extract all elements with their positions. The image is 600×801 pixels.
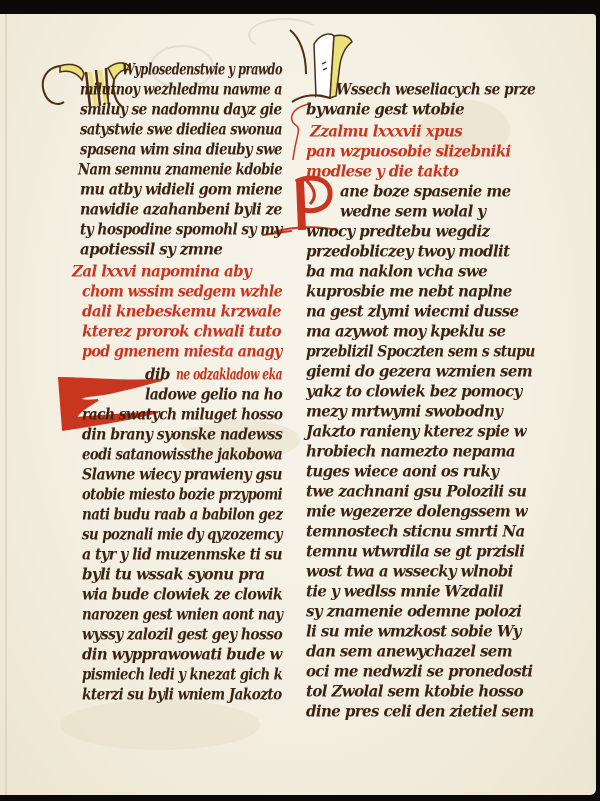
text-line: mezy mrtwymi swobodny (306, 402, 502, 421)
rubric-line: Zzalmu lxxxvii xpus (310, 122, 462, 141)
text-line: mie wgezerze dolengssem w (306, 502, 527, 521)
text-line: milutnoy wezhledmu nawme a (80, 80, 282, 99)
text-line: rach swatych miluget hosso (82, 405, 282, 424)
text-line: Jakzto ranieny kterez spie w (306, 422, 526, 441)
text-line: wedne sem wolal y (340, 202, 485, 221)
text-line: przedobliczey twoy modlit (306, 242, 509, 261)
text-line: ladowe gelio na ho (145, 385, 282, 404)
rubric-line: dali knebeskemu krzwale (82, 302, 281, 321)
text-line: mu atby widieli gom miene (80, 180, 282, 199)
text-line: dine pres celi den zietiel sem (306, 702, 534, 721)
text-line: temnostech sticnu smrti Na (306, 522, 525, 541)
rubric-line: modlese y die takto (306, 162, 458, 181)
rubric-line: ne odzakladow eka (176, 365, 282, 384)
text-line: Wssech weseliacych se prze (336, 80, 535, 99)
text-line: satystwie swe diediea swonua (80, 120, 282, 139)
rubric-line: kterez prorok chwali tuto (82, 322, 281, 341)
text-line: spasena wim sina dieuby swe (80, 140, 282, 159)
binding-gutter (5, 14, 7, 795)
text-line: din brany syonske nadewss (82, 425, 282, 444)
text-line: byli tu wssak syonu pra (82, 565, 265, 584)
text-line: wyssy zalozil gest gey hosso (82, 625, 282, 644)
rubric-line: pod gmenem miesta anagy (82, 342, 282, 361)
text-line: kuprosbie me nebt naplne (306, 282, 512, 301)
text-line: dib (145, 365, 170, 384)
text-line: pismiech ledi y knezat gich k (82, 665, 282, 684)
text-line: ty hospodine spomohl sy my (80, 220, 282, 239)
text-line: tol Zwolal sem ktobie hosso (306, 682, 523, 701)
text-line: wia bude clowiek ze clowik (82, 585, 282, 604)
text-line: ane boze spasenie me (340, 182, 511, 201)
text-line: nawidie azahanbeni byli ze (80, 200, 282, 219)
text-line: na gest zlymi wiecmi dusse (306, 302, 519, 321)
text-line: oci me nedwzli se pronedosti (306, 662, 533, 681)
text-line: otobie miesto bozie przypomi (82, 485, 282, 504)
text-line: tie y wedlss mnie Wzdalil (306, 582, 503, 601)
text-line: din wypprawowati bude w (82, 645, 282, 664)
rubric-line: Zal lxxvi napomina aby (72, 262, 251, 281)
text-line: sy znamenie odemne polozi (306, 602, 521, 621)
text-line: nati budu raab a babilon gez (82, 505, 282, 524)
text-line: Slawne wiecy prawieny gsu (82, 465, 282, 484)
text-line: eodi satanowissthe jakobowa (82, 445, 282, 464)
text-line: su poznali mie dy qyzozemcy (82, 525, 282, 544)
text-line: bywanie gest wtobie (306, 100, 464, 119)
text-line: kterzi su byli wniem Jakozto (82, 685, 282, 704)
text-line: li su mie wmzkost sobie Wy (306, 622, 521, 641)
text-line: tuges wiece aoni os ruky (306, 462, 498, 481)
text-line: temnu wtwrdila se gt przisli (306, 542, 524, 561)
text-line: ba ma naklon vcha swe (306, 262, 487, 281)
text-line: ma azywot moy kpeklu se (306, 322, 505, 341)
text-line: giemi do gezera wzmien sem (306, 362, 532, 381)
text-line: wnocy predtebu wegdiz (306, 222, 489, 241)
text-line: przeblizil Spoczten sem s stupu (306, 342, 535, 361)
text-line: smiluy se nadomnu dayz gie (80, 100, 282, 119)
rubric-line: pan wzpuosobie slizebniki (306, 142, 511, 161)
text-line: Nam semnu znamenie kdobie (78, 160, 282, 179)
text-line: dan sem anewychazel sem (306, 642, 512, 661)
text-line: yakz to clowiek bez pomocy (306, 382, 522, 401)
text-line: twe zachnani gsu Polozili su (306, 482, 526, 501)
text-line: a tyr y lid muzenmske ti su (82, 545, 282, 564)
rubric-line: chom wssim sedgem wzhle (82, 282, 282, 301)
text-line: wost twa a wssecky wlnobi (306, 562, 513, 581)
parchment-stain (60, 700, 260, 750)
text-line: apotiessil sy zmne (80, 240, 222, 259)
text-line: Wyplosedenstwie y prawdo (122, 60, 282, 79)
text-line: narozen gest wnien aont nay (82, 605, 282, 624)
text-line: hrobiech namezto nepama (306, 442, 515, 461)
